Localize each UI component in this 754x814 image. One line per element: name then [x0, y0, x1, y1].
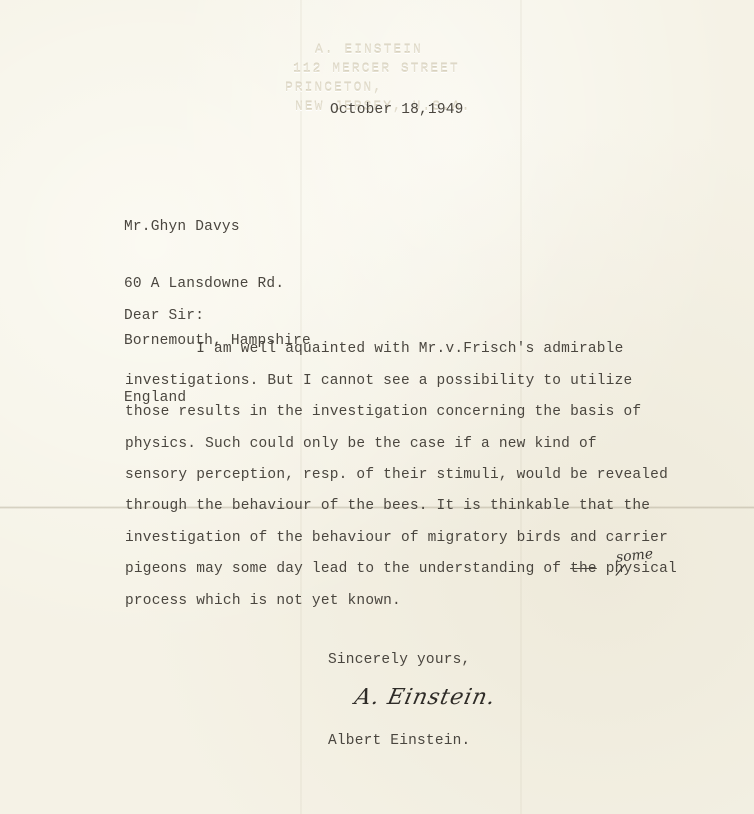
- body-line: physics. Such could only be the case if …: [125, 436, 597, 452]
- letterhead-line: PRINCETON,: [285, 78, 485, 97]
- recipient-address: Mr.Ghyn Davys 60 A Lansdowne Rd. Bornemo…: [124, 180, 311, 427]
- body-line: sensory perception, resp. of their stimu…: [125, 467, 668, 483]
- letterhead-line: A. EINSTEIN: [285, 40, 485, 59]
- closing: Sincerely yours,: [328, 652, 470, 668]
- salutation: Dear Sir:: [124, 308, 204, 324]
- body-text: pigeons may some day lead to the underst…: [125, 561, 570, 577]
- letter-date: October 18,1949: [330, 102, 464, 118]
- address-line: 60 A Lansdowne Rd.: [124, 275, 311, 294]
- body-line: I am well aquainted with Mr.v.Frisch's a…: [125, 341, 623, 357]
- insertion-caret-icon: /: [614, 562, 627, 581]
- letterhead-line: 112 MERCER STREET: [285, 59, 485, 78]
- body-line: investigation of the behaviour of migrat…: [125, 530, 668, 546]
- body-line: those results in the investigation conce…: [125, 404, 641, 420]
- body-line: investigations. But I cannot see a possi…: [125, 373, 632, 389]
- handwritten-signature: A. Einstein.: [352, 685, 498, 710]
- struck-word: the: [570, 561, 597, 577]
- signed-name: Albert Einstein.: [328, 733, 470, 749]
- body-line: process which is not yet known.: [125, 593, 401, 609]
- body-line-with-correction: pigeons may some day lead to the underst…: [125, 561, 677, 577]
- body-line: through the behaviour of the bees. It is…: [125, 498, 650, 514]
- address-line: Mr.Ghyn Davys: [124, 218, 311, 237]
